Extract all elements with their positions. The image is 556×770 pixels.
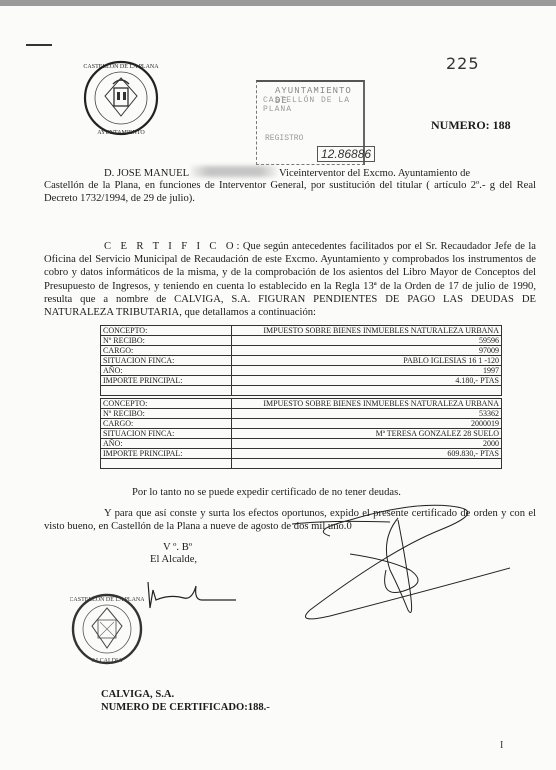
conclusion-paragraph: Por lo tanto no se puede expedir certifi… — [132, 486, 532, 499]
row-label: AÑO: — [101, 439, 232, 449]
row-label: IMPORTE PRINCIPAL: — [101, 449, 232, 459]
table-row: SITUACION FINCA:PABLO IGLESIAS 16 1 -120 — [101, 356, 502, 366]
row-value: Mª TERESA GONZALEZ 28 SUELO — [232, 429, 502, 439]
row-value: 2000019 — [232, 419, 502, 429]
intro-paragraph: Castellón de la Plana, en funciones de I… — [44, 179, 536, 205]
table-row: IMPORTE PRINCIPAL:609.830,- PTAS — [101, 449, 502, 459]
table-row: CARGO:2000019 — [101, 419, 502, 429]
row-value: 2000 — [232, 439, 502, 449]
alcalde-label: El Alcalde, — [150, 554, 197, 565]
svg-text:CASTELLÓN DE LA PLANA: CASTELLÓN DE LA PLANA — [70, 595, 144, 603]
corner-mark: I — [500, 740, 503, 751]
table-row — [101, 386, 502, 396]
row-value: 1997 — [232, 366, 502, 376]
certifico-text: : Que según antecedentes facilitados por… — [44, 241, 536, 318]
row-value: 59596 — [232, 336, 502, 346]
certificate-number: NUMERO DE CERTIFICADO:188.- — [101, 702, 270, 713]
certifico-label: C E R T I F I C O — [104, 241, 237, 252]
row-label: Nº RECIBO: — [101, 336, 232, 346]
alcaldia-seal-icon: CASTELLÓN DE LA PLANA ALCALDIA — [70, 592, 144, 666]
debt-table-2: CONCEPTO:IMPUESTO SOBRE BIENES INMUEBLES… — [100, 398, 502, 469]
table-row — [101, 459, 502, 469]
svg-text:ALCALDIA: ALCALDIA — [92, 658, 123, 664]
row-value: 97009 — [232, 346, 502, 356]
redacted-surname — [191, 166, 277, 177]
row-value — [232, 459, 502, 469]
registry-stamp: AYUNTAMIENTO DE CASTELLÓN DE LA PLANA RE… — [256, 80, 365, 165]
scan-top-edge — [0, 0, 556, 6]
official-name: D. JOSE MANUEL — [104, 168, 189, 179]
row-value: 4.180,- PTAS — [232, 376, 502, 386]
row-label: AÑO: — [101, 366, 232, 376]
svg-text:AYUNTAMIENTO: AYUNTAMIENTO — [97, 130, 145, 136]
page-number: 225 — [446, 54, 480, 73]
row-label: SITUACION FINCA: — [101, 356, 232, 366]
stamp-line-2: CASTELLÓN DE LA PLANA — [263, 96, 363, 114]
row-label: CARGO: — [101, 346, 232, 356]
document-number: NUMERO: 188 — [431, 118, 511, 133]
row-label: CARGO: — [101, 419, 232, 429]
row-label: CONCEPTO: — [101, 399, 232, 409]
svg-text:CASTELLÓN DE LA PLANA: CASTELLÓN DE LA PLANA — [83, 62, 159, 70]
table-row: CONCEPTO:IMPUESTO SOBRE BIENES INMUEBLES… — [101, 399, 502, 409]
table-row: SITUACION FINCA:Mª TERESA GONZALEZ 28 SU… — [101, 429, 502, 439]
company-name: CALVIGA, S.A. — [101, 689, 174, 700]
stamp-registry-number: 12.86886 — [317, 146, 375, 162]
row-value: IMPUESTO SOBRE BIENES INMUEBLES NATURALE… — [232, 399, 502, 409]
row-label — [101, 386, 232, 396]
row-value: PABLO IGLESIAS 16 1 -120 — [232, 356, 502, 366]
certifico-paragraph: C E R T I F I C O: Que según antecedente… — [44, 240, 536, 319]
interventor-signature-icon — [290, 500, 530, 640]
table-row: CONCEPTO:IMPUESTO SOBRE BIENES INMUEBLES… — [101, 326, 502, 336]
debt-table-1: CONCEPTO:IMPUESTO SOBRE BIENES INMUEBLES… — [100, 325, 502, 396]
row-value — [232, 386, 502, 396]
row-label: SITUACION FINCA: — [101, 429, 232, 439]
row-value: 609.830,- PTAS — [232, 449, 502, 459]
table-row: AÑO:1997 — [101, 366, 502, 376]
table-row: Nº RECIBO:53362 — [101, 409, 502, 419]
table-row: CARGO:97009 — [101, 346, 502, 356]
visto-bueno-label: V º. Bº — [163, 542, 192, 553]
row-value: 53362 — [232, 409, 502, 419]
ayuntamiento-seal-icon: CASTELLÓN DE LA PLANA AYUNTAMIENTO — [83, 58, 159, 140]
row-label: CONCEPTO: — [101, 326, 232, 336]
table-row: IMPORTE PRINCIPAL:4.180,- PTAS — [101, 376, 502, 386]
row-label: Nº RECIBO: — [101, 409, 232, 419]
alcalde-signature-icon — [140, 578, 240, 618]
official-title: Viceinterventor del Excmo. Ayuntamiento … — [279, 168, 470, 179]
row-label: IMPORTE PRINCIPAL: — [101, 376, 232, 386]
table-row: AÑO:2000 — [101, 439, 502, 449]
table-row: Nº RECIBO:59596 — [101, 336, 502, 346]
row-label — [101, 459, 232, 469]
row-value: IMPUESTO SOBRE BIENES INMUEBLES NATURALE… — [232, 326, 502, 336]
stamp-line-3: REGISTRO — [265, 134, 303, 143]
staple-mark — [26, 40, 52, 46]
